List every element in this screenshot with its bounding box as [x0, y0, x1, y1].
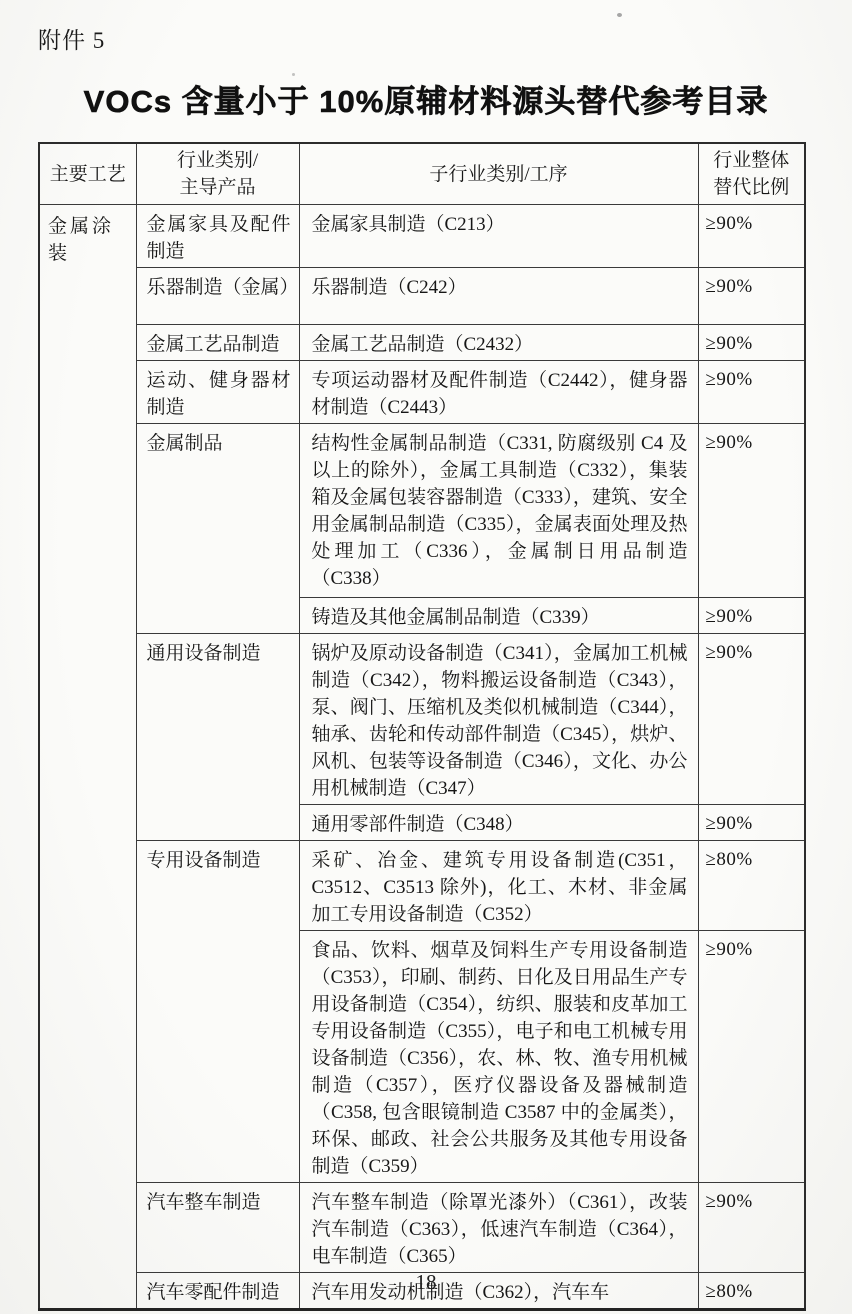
table-row: 专用设备制造 采矿、冶金、建筑专用设备制造(C351，C3512、C3513 除…	[39, 841, 805, 931]
ratio-cell: ≥90%	[698, 598, 805, 634]
header-sub-industry: 子行业类别/工序	[299, 143, 698, 205]
document-page: 附件 5 VOCs 含量小于 10%原辅材料源头替代参考目录 主要工艺 行业类别…	[0, 0, 852, 1314]
sub-industry-cell: 锅炉及原动设备制造（C341），金属加工机械制造（C342），物料搬运设备制造（…	[299, 634, 698, 805]
sub-industry-cell: 铸造及其他金属制品制造（C339）	[299, 598, 698, 634]
ratio-cell: ≥90%	[698, 634, 805, 805]
ratio-cell: ≥90%	[698, 325, 805, 361]
sub-industry-cell: 结构性金属制品制造（C331, 防腐级别 C4 及以上的除外），金属工具制造（C…	[299, 424, 698, 598]
ratio-cell: ≥90%	[698, 424, 805, 598]
header-replacement-ratio: 行业整体 替代比例	[698, 143, 805, 205]
table-row: 汽车整车制造 汽车整车制造（除罩光漆外）（C361），改装汽车制造（C363），…	[39, 1183, 805, 1273]
ratio-cell: ≥90%	[698, 931, 805, 1183]
table-row: 运动、健身器材制造 专项运动器材及配件制造（C2442），健身器材制造（C244…	[39, 361, 805, 424]
ratio-cell: ≥90%	[698, 805, 805, 841]
ratio-cell: ≥90%	[698, 268, 805, 325]
document-title: VOCs 含量小于 10%原辅材料源头替代参考目录	[0, 76, 852, 121]
sub-industry-cell: 通用零部件制造（C348）	[299, 805, 698, 841]
industry-cell: 金属制品	[136, 424, 299, 634]
sub-industry-cell: 专项运动器材及配件制造（C2442），健身器材制造（C2443）	[299, 361, 698, 424]
sub-industry-cell: 汽车整车制造（除罩光漆外）（C361），改装汽车制造（C363），低速汽车制造（…	[299, 1183, 698, 1273]
industry-cell: 通用设备制造	[136, 634, 299, 841]
page-number: 18	[0, 1270, 852, 1295]
table-row: 通用设备制造 锅炉及原动设备制造（C341），金属加工机械制造（C342），物料…	[39, 634, 805, 805]
sub-industry-cell: 金属家具制造（C213）	[299, 205, 698, 268]
ratio-cell: ≥90%	[698, 205, 805, 268]
sub-industry-cell: 乐器制造（C242）	[299, 268, 698, 325]
header-ratio-line1: 行业整体	[703, 147, 801, 174]
main-process-cell: 金属涂装	[39, 205, 136, 1310]
industry-cell: 汽车整车制造	[136, 1183, 299, 1273]
header-industry-line1: 行业类别/	[141, 147, 295, 174]
header-row: 主要工艺 行业类别/ 主导产品 子行业类别/工序 行业整体 替代比例	[39, 143, 805, 205]
table-row: 金属涂装 金属家具及配件制造 金属家具制造（C213） ≥90%	[39, 205, 805, 268]
industry-cell: 专用设备制造	[136, 841, 299, 1183]
header-industry-line2: 主导产品	[141, 174, 295, 201]
table-row: 乐器制造（金属） 乐器制造（C242） ≥90%	[39, 268, 805, 325]
catalog-table: 主要工艺 行业类别/ 主导产品 子行业类别/工序 行业整体 替代比例 金属涂装 …	[38, 142, 806, 1311]
industry-cell: 乐器制造（金属）	[136, 268, 299, 325]
industry-cell: 金属工艺品制造	[136, 325, 299, 361]
ratio-cell: ≥90%	[698, 361, 805, 424]
header-ratio-line2: 替代比例	[703, 174, 801, 201]
header-main-process: 主要工艺	[39, 143, 136, 205]
table-row: 金属工艺品制造 金属工艺品制造（C2432） ≥90%	[39, 325, 805, 361]
ratio-cell: ≥80%	[698, 841, 805, 931]
sub-industry-cell: 采矿、冶金、建筑专用设备制造(C351，C3512、C3513 除外)，化工、木…	[299, 841, 698, 931]
sub-industry-cell: 金属工艺品制造（C2432）	[299, 325, 698, 361]
header-industry-category: 行业类别/ 主导产品	[136, 143, 299, 205]
ratio-cell: ≥90%	[698, 1183, 805, 1273]
table-row: 金属制品 结构性金属制品制造（C331, 防腐级别 C4 及以上的除外），金属工…	[39, 424, 805, 598]
industry-cell: 金属家具及配件制造	[136, 205, 299, 268]
attachment-label: 附件 5	[38, 22, 105, 55]
sub-industry-cell: 食品、饮料、烟草及饲料生产专用设备制造（C353），印刷、制药、日化及日用品生产…	[299, 931, 698, 1183]
industry-cell: 运动、健身器材制造	[136, 361, 299, 424]
scan-artifact-dot	[617, 13, 622, 17]
